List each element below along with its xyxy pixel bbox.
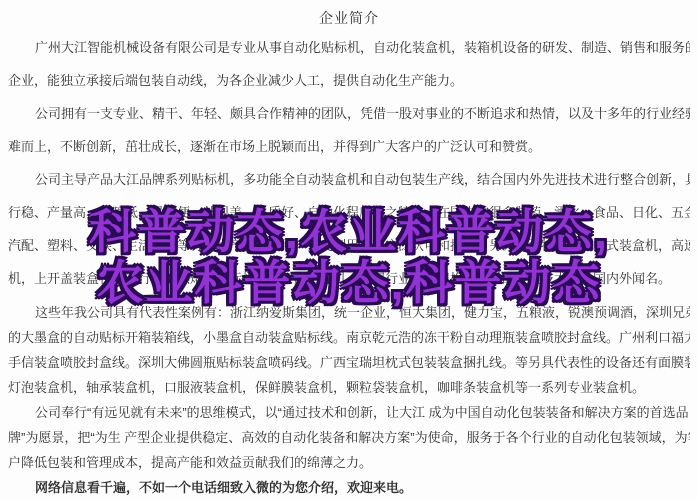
text-line: 机，上开盖装盒机，本行业的热熔胶贴标机和不干胶贴标机。在同行业中大规格装盒机的装… [8, 262, 690, 295]
closing-line: 网络信息看千遍，不如一个电话细致入微的为您介绍，欢迎来电。 [8, 475, 690, 499]
text-line: 牌”为愿景，把“为生 产型企业提供稳定、高效的自动化装备和解决方案”为使命，服务… [8, 425, 690, 450]
text-line: 这些年我公司具有代表性案例有：浙江纳爱斯集团，统一企业，恒大集团，健力宝，五粮液… [8, 300, 690, 325]
paragraph: 公司主导产品大江品牌系列贴标机，多功能全自动装盒机和自动包装生产线，结合国内外先… [8, 163, 690, 295]
text-line: 户降低包装和管理成本，提高产能和效益贡献我们的绵薄之力。 [8, 450, 690, 475]
text-line: 行稳、产量高、故障低、操作便、外观美、品质好、自动化程度高之特点，在国内的很多制… [8, 196, 690, 229]
text-line: 手信装盒喷胶封盒线。深圳大佛圆瓶贴标装盒喷码线。广西宝瑞坦枕式包装装盒捆扎线。等… [8, 350, 690, 375]
text-line: 的大墨盒的自动贴标开箱装箱线，小墨盒自动装盒贴标线。南京乾元浩的冻干粉自动理瓶装… [8, 325, 690, 350]
page-title: 企业简介 [8, 8, 690, 28]
paragraph: 这些年我公司具有代表性案例有：浙江纳爱斯集团，统一企业，恒大集团，健力宝，五粮液… [8, 300, 690, 400]
text-line: 公司奉行“有远见就有未来”的思维模式，以“通过技术和创新，让大江 成为中国自动化… [8, 400, 690, 425]
text-line: 企业，能独立承接后端包装自动线，为各企业减少人工，提供自动化生产能力。 [8, 64, 690, 97]
paragraph: 公司拥有一支专业、精干、年轻、颇具合作精神的团队，凭借一股对事业的不断追求和热情… [8, 97, 690, 163]
text-line: 公司拥有一支专业、精干、年轻、颇具合作精神的团队，凭借一股对事业的不断追求和热情… [8, 97, 690, 130]
paragraph: 广州大江智能机械设备有限公司是专业从事自动化贴标机，自动化装盒机，装箱机设备的研… [8, 31, 690, 97]
text-line: 汽配、塑料、文娱、生活用品等行业生产企业使用，并受到用户的广泛认可和推荐。另分公… [8, 229, 690, 262]
company-profile-page: 企业简介 广州大江智能机械设备有限公司是专业从事自动化贴标机，自动化装盒机，装箱… [0, 8, 698, 499]
text-line: 灯泡装盒机，轴承装盒机，口服液装盒机，保鲜膜装盒机，颗粒袋装盒机，咖啡条装盒机等… [8, 375, 690, 400]
paragraph: 公司奉行“有远见就有未来”的思维模式，以“通过技术和创新，让大江 成为中国自动化… [8, 400, 690, 475]
document-body: 企业简介 广州大江智能机械设备有限公司是专业从事自动化贴标机，自动化装盒机，装箱… [0, 8, 698, 499]
company-profile-text: 广州大江智能机械设备有限公司是专业从事自动化贴标机，自动化装盒机，装箱机设备的研… [8, 31, 690, 475]
text-line: 广州大江智能机械设备有限公司是专业从事自动化贴标机，自动化装盒机，装箱机设备的研… [8, 31, 690, 64]
text-line: 难而上，不断创新，茁壮成长，逐渐在市场上脱颖而出，并得到广大客户的广泛认可和赞赏… [8, 130, 690, 163]
text-line: 公司主导产品大江品牌系列贴标机，多功能全自动装盒机和自动包装生产线，结合国内外先… [8, 163, 690, 196]
